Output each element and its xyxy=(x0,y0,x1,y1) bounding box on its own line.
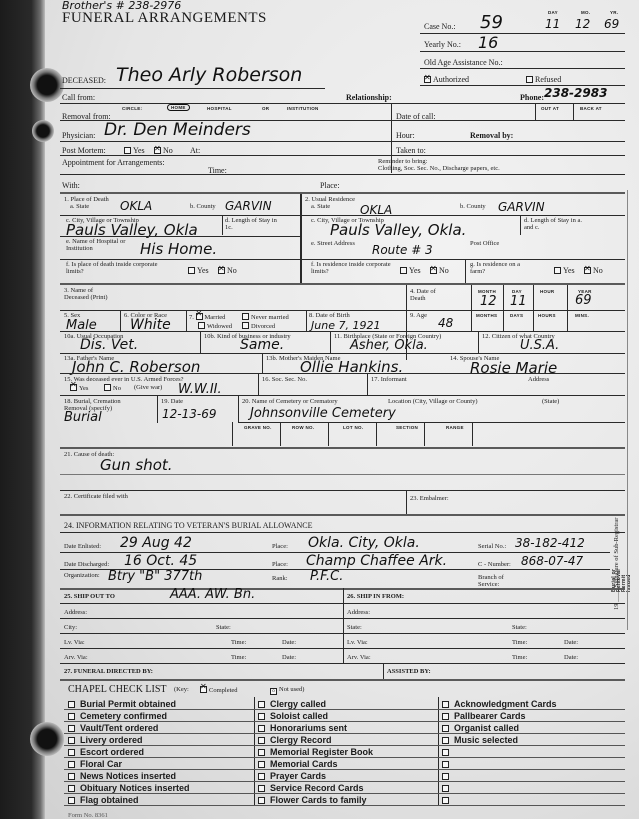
checklist-item[interactable]: Clergy called xyxy=(258,698,326,710)
embalmer-label: 23. Embalmer: xyxy=(410,495,449,502)
checklist-item[interactable]: Vault/Tent ordered xyxy=(68,722,158,734)
institution-option[interactable]: INSTITUTION xyxy=(287,106,319,111)
organization-label: Organization: xyxy=(64,572,100,579)
organization-value[interactable]: Btry "B" 377th xyxy=(108,569,202,584)
checkbox-icon xyxy=(442,737,449,744)
branch-label: Branch of Service: xyxy=(478,574,518,588)
checkbox-icon xyxy=(196,313,203,320)
residence-heading: 2. Usual Residence xyxy=(305,196,355,203)
date-mo-label: MO. xyxy=(581,10,590,15)
enlisted-place-value[interactable]: Okla. City, Okla. xyxy=(308,535,420,551)
date-day[interactable]: 11 xyxy=(545,17,560,31)
checklist-item-label: Pallbearer Cards xyxy=(454,711,526,721)
checklist-title: CHAPEL CHECK LIST xyxy=(68,684,167,695)
armed-forces-yes[interactable]: Yes xyxy=(70,384,88,392)
or-label: OR xyxy=(262,106,269,111)
checkbox-icon xyxy=(198,322,205,329)
ship-in-lv-via-label: Lv. Via: xyxy=(347,639,368,646)
checkbox-icon xyxy=(442,725,449,732)
checklist-item-label: Memorial Register Book xyxy=(270,747,373,757)
hour-label: Hour: xyxy=(396,131,415,140)
serial-no-value[interactable]: 38-182-412 xyxy=(515,536,585,550)
cause-of-death-value[interactable]: Gun shot. xyxy=(100,456,173,474)
birthplace-value[interactable]: Asher, Okla. xyxy=(350,338,428,353)
res-state-label: a. State xyxy=(311,203,330,210)
enlisted-place-label: Place: xyxy=(272,543,288,550)
removal-by-label: Removal by: xyxy=(470,131,513,140)
date-discharged-value[interactable]: 16 Oct. 45 xyxy=(124,553,197,569)
checklist-item[interactable]: Service Record Cards xyxy=(258,782,364,794)
checkbox-icon xyxy=(442,761,449,768)
checkbox-icon xyxy=(554,267,561,274)
checklist-item[interactable]: Music selected xyxy=(442,734,518,746)
checkbox-icon xyxy=(258,701,265,708)
discharged-place-value[interactable]: Champ Chaffee Ark. xyxy=(306,553,447,569)
pod-corporate-label: f. Is place of death inside corporate li… xyxy=(66,261,176,275)
form-number: Form No. 8361 xyxy=(68,812,108,819)
grave-no-label: GRAVE NO. xyxy=(244,425,272,430)
ship-in-lv-time-label: Time: xyxy=(512,639,527,646)
checklist-item-label: Burial Permit obtained xyxy=(80,699,176,709)
c-number-value[interactable]: 868-07-47 xyxy=(521,554,583,568)
checkbox-icon xyxy=(68,701,75,708)
checkbox-icon xyxy=(104,384,111,391)
res-corporate-label: f. Is residence inside corporate limits? xyxy=(311,261,391,275)
checklist-item-label: Cemetery confirmed xyxy=(80,711,167,721)
months-label: MONTHS xyxy=(476,313,497,318)
date-enlisted-label: Date Enlisted: xyxy=(64,543,101,550)
checkbox-icon xyxy=(442,749,449,756)
section-label: SECTION xyxy=(396,425,418,430)
checklist-item[interactable]: Clergy Record xyxy=(258,734,332,746)
post-mortem-label: Post Mortem: xyxy=(62,146,106,155)
binder-hole xyxy=(30,68,64,102)
checklist-item[interactable]: Acknowledgment Cards xyxy=(442,698,557,710)
checklist-item[interactable]: Prayer Cards xyxy=(258,770,326,782)
checklist-item[interactable]: News Notices inserted xyxy=(68,770,176,782)
res-farm-label: g. Is residence on a farm? xyxy=(470,261,530,275)
dob-label: 8. Date of Birth xyxy=(309,312,350,319)
checkbox-icon xyxy=(400,267,407,274)
checkbox-icon xyxy=(154,147,161,154)
date-of-death-label: 4. Date of Death xyxy=(410,288,450,302)
ssn-label: 16. Soc. Sec. No. xyxy=(262,376,307,383)
name-print-label: 3. Name of Deceased (Print) xyxy=(64,287,114,301)
checkbox-icon xyxy=(584,267,591,274)
checkbox-icon xyxy=(526,76,533,83)
res-street-label: e. Street Address xyxy=(311,240,355,247)
pod-county-label: b. County xyxy=(190,203,216,210)
checklist-item[interactable]: Honorariums sent xyxy=(258,722,347,734)
death-year[interactable]: 69 xyxy=(575,293,592,308)
assisted-by-label: ASSISTED BY: xyxy=(387,668,431,675)
physician-label: Physician: xyxy=(62,131,95,140)
ship-in-arv-date-label: Date: xyxy=(564,654,578,661)
post-mortem-yes[interactable]: Yes xyxy=(124,146,145,155)
pod-stay-label: d. Length of Stay in 1c. xyxy=(225,217,285,231)
res-post-office-label: Post Office xyxy=(470,240,499,247)
yearly-no-label: Yearly No.: xyxy=(424,40,461,49)
informant-address-label: Address xyxy=(528,376,549,383)
checklist-item[interactable]: Organist called xyxy=(442,722,519,734)
row-no-label: ROW NO. xyxy=(292,425,314,430)
checklist-item-label: Clergy called xyxy=(270,699,326,709)
location-label: Location (City, Village or County) xyxy=(388,398,478,405)
checkbox-icon xyxy=(424,76,431,83)
checklist-item-label: Memorial Cards xyxy=(270,759,338,769)
checkbox-icon xyxy=(70,384,77,391)
authorized-checkbox[interactable]: Authorized xyxy=(424,75,469,84)
res-corporate-no[interactable]: No xyxy=(430,266,449,275)
home-option-circled[interactable]: HOME xyxy=(167,104,190,111)
occupation-value[interactable]: Dis. Vet. xyxy=(80,337,138,353)
key-label: (Key: xyxy=(174,686,189,693)
checkbox-icon xyxy=(430,267,437,274)
res-farm-yes[interactable]: Yes xyxy=(554,266,575,275)
checkbox-icon xyxy=(218,267,225,274)
checkbox-icon xyxy=(242,313,249,320)
checkbox-icon xyxy=(68,749,75,756)
checklist-item[interactable]: Memorial Cards xyxy=(258,758,338,770)
ship-in-label: 26. SHIP IN FROM: xyxy=(347,593,404,600)
citizen-value[interactable]: U.S.A. xyxy=(520,338,559,353)
checklist-item[interactable]: Soloist called xyxy=(258,710,328,722)
post-mortem-no[interactable]: No xyxy=(154,146,173,155)
checklist-item[interactable]: Pallbearer Cards xyxy=(442,710,526,722)
date-yr-label: YR. xyxy=(610,10,618,15)
age-label: 9. Age xyxy=(410,312,427,319)
place-of-death-heading: 1. Place of Death xyxy=(64,196,109,203)
informant-label: 17. Informant xyxy=(371,376,407,383)
res-city[interactable]: Pauls Valley, Okla. xyxy=(330,221,466,239)
ship-out-label: 25. SHIP OUT TO xyxy=(64,593,115,600)
checklist-item[interactable]: Cemetery confirmed xyxy=(68,710,167,722)
checkbox-icon xyxy=(68,797,75,804)
rank-label: Rank: xyxy=(272,575,288,582)
ship-in-arv-via-label: Arv. Via: xyxy=(347,654,371,661)
taken-to-label: Taken to: xyxy=(396,146,426,155)
checkbox-icon xyxy=(442,773,449,780)
checkbox-icon xyxy=(258,713,265,720)
spouse-value[interactable]: Rosie Marie xyxy=(470,359,557,377)
phone-value[interactable]: 238-2983 xyxy=(544,86,607,100)
ship-out-state-label: State: xyxy=(216,624,231,631)
res-county-label: b. County xyxy=(460,203,486,210)
days-label: DAYS xyxy=(510,313,523,318)
checkbox-icon xyxy=(442,785,449,792)
checklist-item[interactable]: Flower Cards to family xyxy=(258,794,367,806)
checklist-item[interactable] xyxy=(442,794,454,806)
checkbox-icon xyxy=(258,797,265,804)
at-label: At: xyxy=(190,146,200,155)
reminder-label: Reminder to bring: xyxy=(378,158,427,165)
relationship-label: Relationship: xyxy=(346,93,392,102)
checklist-item[interactable] xyxy=(442,770,454,782)
death-month[interactable]: 12 xyxy=(480,294,497,309)
armed-forces-label: 15. Was deceased ever in U.S. Armed Forc… xyxy=(64,376,184,383)
checkbox-icon xyxy=(258,725,265,732)
checklist-item-label: Music selected xyxy=(454,735,518,745)
old-age-label: Old Age Assistance No.: xyxy=(424,58,503,67)
out-at-label: OUT AT xyxy=(541,106,559,111)
give-war-label: (Give war) xyxy=(134,384,162,391)
serial-no-label: Serial No.: xyxy=(478,543,506,550)
checklist-item-label: Floral Car xyxy=(80,759,122,769)
veteran-section-heading: 24. INFORMATION RELATING TO VETERAN'S BU… xyxy=(64,521,312,530)
pod-hospital-label: e. Name of Hospital or Institution xyxy=(66,238,136,252)
discharged-place-label: Place: xyxy=(272,561,288,568)
checkbox-icon xyxy=(258,773,265,780)
ship-in-state-label-2: State: xyxy=(512,624,527,631)
reminder-items: Clothing, Soc. Sec. No., Discharge paper… xyxy=(378,165,500,172)
checklist-item-label: Organist called xyxy=(454,723,519,733)
back-at-label: BACK AT xyxy=(580,106,602,111)
ship-in-arv-time-label: Time: xyxy=(512,654,527,661)
date-day-label: DAY xyxy=(548,10,558,15)
checklist-item[interactable]: Flag obtained xyxy=(68,794,139,806)
checklist-item-label: Escort ordered xyxy=(80,747,144,757)
appointment-label: Appointment for Arrangements: xyxy=(62,158,165,167)
lot-no-label: LOT NO. xyxy=(343,425,363,430)
date-discharged-label: Date Discharged: xyxy=(64,561,109,568)
sub-registrar-signature-label: 19 ____ Signature of Sub-Registrar xyxy=(613,518,620,610)
checklist-item[interactable]: Memorial Register Book xyxy=(258,746,373,758)
case-no-label: Case No.: xyxy=(424,22,456,31)
res-street[interactable]: Route # 3 xyxy=(372,243,433,257)
key-not-used: oNot used) xyxy=(270,686,304,695)
ship-out-value[interactable]: AAA. AW. Bn. xyxy=(170,587,255,602)
checklist-item-label: Obituary Notices inserted xyxy=(80,783,190,793)
ship-in-lv-date-label: Date: xyxy=(564,639,578,646)
ship-out-arv-via-label: Arv. Via: xyxy=(64,654,88,661)
checkbox-icon xyxy=(258,761,265,768)
checklist-item-label: Flag obtained xyxy=(80,795,139,805)
divorced-option[interactable]: Divorced xyxy=(242,322,275,330)
ship-out-arv-time-label: Time: xyxy=(231,654,246,661)
checklist-item-label: Flower Cards to family xyxy=(270,795,367,805)
married-option[interactable]: 7. Married xyxy=(189,313,225,321)
rank-value[interactable]: P.F.C. xyxy=(310,569,343,584)
checkbox-icon xyxy=(68,737,75,744)
checklist-item-label: Clergy Record xyxy=(270,735,332,745)
hours-label: HOURS xyxy=(538,313,556,318)
ship-out-lv-via-label: Lv. Via: xyxy=(64,639,85,646)
never-married-option[interactable]: Never married xyxy=(242,313,289,321)
certificate-filed-label: 22. Certificate filed with xyxy=(64,493,134,500)
ship-in-state-label: State: xyxy=(347,624,362,631)
hour-label: HOUR xyxy=(540,289,554,294)
circle-label: CIRCLE: xyxy=(122,106,142,111)
binder-hole xyxy=(30,722,64,756)
checkbox-icon xyxy=(188,267,195,274)
pod-hospital[interactable]: His Home. xyxy=(140,240,217,258)
checklist-item[interactable] xyxy=(442,782,454,794)
checklist-item[interactable]: Floral Car xyxy=(68,758,122,770)
checklist-item[interactable]: Escort ordered xyxy=(68,746,144,758)
burial-date-label: 19. Date xyxy=(161,398,183,405)
checklist-item-label: Vault/Tent ordered xyxy=(80,723,158,733)
res-county[interactable]: GARVIN xyxy=(498,200,545,214)
pod-corporate-no[interactable]: No xyxy=(218,266,237,275)
ship-out-lv-date-label: Date: xyxy=(282,639,296,646)
ship-out-lv-time-label: Time: xyxy=(231,639,246,646)
date-enlisted-value[interactable]: 29 Aug 42 xyxy=(120,535,192,551)
res-farm-no[interactable]: No xyxy=(584,266,603,275)
checklist-item[interactable] xyxy=(442,758,454,770)
checkbox-icon xyxy=(258,785,265,792)
checklist-item-label: Honorariums sent xyxy=(270,723,347,733)
ship-out-address-label: Address: xyxy=(64,609,87,616)
key-completed: Completed xyxy=(200,686,238,694)
age-value[interactable]: 48 xyxy=(438,316,453,330)
call-from-label: Call from: xyxy=(62,93,95,102)
checklist-item-label: Soloist called xyxy=(270,711,328,721)
pod-state[interactable]: OKLA xyxy=(120,199,152,213)
cemetery-label: 20. Name of Cemetery or Crematory xyxy=(242,398,338,405)
funeral-arrangements-form: Brother's # 238-2976 FUNERAL ARRANGEMENT… xyxy=(0,0,639,819)
ship-out-arv-date-label: Date: xyxy=(282,654,296,661)
checkbox-icon xyxy=(68,761,75,768)
checkbox-icon xyxy=(124,147,131,154)
checklist-item[interactable]: Livery ordered xyxy=(68,734,143,746)
res-stay-label: d. Length of Stay in a. and c. xyxy=(524,217,584,231)
place-label: Place: xyxy=(320,181,340,190)
checkbox-icon xyxy=(68,773,75,780)
deceased-label: DECEASED: xyxy=(62,76,106,85)
with-label: With: xyxy=(62,181,80,190)
burial-type-value[interactable]: Burial xyxy=(64,410,102,425)
cemetery-value[interactable]: Johnsonville Cemetery xyxy=(250,406,396,421)
binder-hole xyxy=(32,120,54,142)
funeral-directed-by-label: 27. FUNERAL DIRECTED BY: xyxy=(64,668,153,675)
checklist-item-label: Prayer Cards xyxy=(270,771,326,781)
mins-label: MINS. xyxy=(575,313,589,318)
checkbox-icon xyxy=(68,725,75,732)
refused-checkbox[interactable]: Refused xyxy=(526,75,561,84)
widowed-option[interactable]: Widowed xyxy=(198,322,232,330)
checklist-item-label: Acknowledgment Cards xyxy=(454,699,557,709)
yearly-no-value[interactable]: 16 xyxy=(478,33,498,52)
physician-name[interactable]: Dr. Den Meinders xyxy=(104,120,251,140)
business-value[interactable]: Same. xyxy=(240,337,284,353)
date-yr[interactable]: 69 xyxy=(604,17,619,31)
date-mo[interactable]: 12 xyxy=(575,17,590,31)
deceased-name[interactable]: Theo Arly Roberson xyxy=(116,64,302,86)
checklist-item[interactable]: Obituary Notices inserted xyxy=(68,782,190,794)
burial-date-value[interactable]: 12-13-69 xyxy=(162,407,216,421)
phone-label: Phone: xyxy=(520,93,544,102)
form-title: FUNERAL ARRANGEMENTS xyxy=(62,10,267,27)
checkbox-icon xyxy=(242,322,249,329)
pod-county[interactable]: GARVIN xyxy=(225,199,272,213)
checkbox-icon: o xyxy=(270,688,277,695)
checklist-item-label: Service Record Cards xyxy=(270,783,364,793)
case-no-value[interactable]: 59 xyxy=(480,12,503,33)
armed-forces-no[interactable]: No xyxy=(104,384,121,392)
pod-corporate-yes[interactable]: Yes xyxy=(188,266,209,275)
checklist-item[interactable] xyxy=(442,746,454,758)
checkbox-icon xyxy=(442,797,449,804)
checkbox-icon xyxy=(442,701,449,708)
ship-out-city-label: City: xyxy=(64,624,77,631)
checkbox-icon xyxy=(442,713,449,720)
checkbox-icon xyxy=(258,737,265,744)
checkbox-icon xyxy=(68,713,75,720)
checklist-item-label: News Notices inserted xyxy=(80,771,176,781)
range-label: RANGE xyxy=(446,425,464,430)
pod-state-label: a. State xyxy=(70,203,89,210)
cemetery-state-label: (State) xyxy=(542,398,559,405)
checkbox-icon xyxy=(68,785,75,792)
ship-in-address-label: Address: xyxy=(347,609,370,616)
checklist-item-label: Livery ordered xyxy=(80,735,143,745)
checkbox-icon xyxy=(258,749,265,756)
hospital-option[interactable]: HOSPITAL xyxy=(207,106,232,111)
res-corporate-yes[interactable]: Yes xyxy=(400,266,421,275)
death-day[interactable]: 11 xyxy=(510,294,527,309)
checklist-item[interactable]: Burial Permit obtained xyxy=(68,698,176,710)
checkbox-icon xyxy=(200,686,207,693)
c-number-label: C - Number: xyxy=(478,561,511,568)
